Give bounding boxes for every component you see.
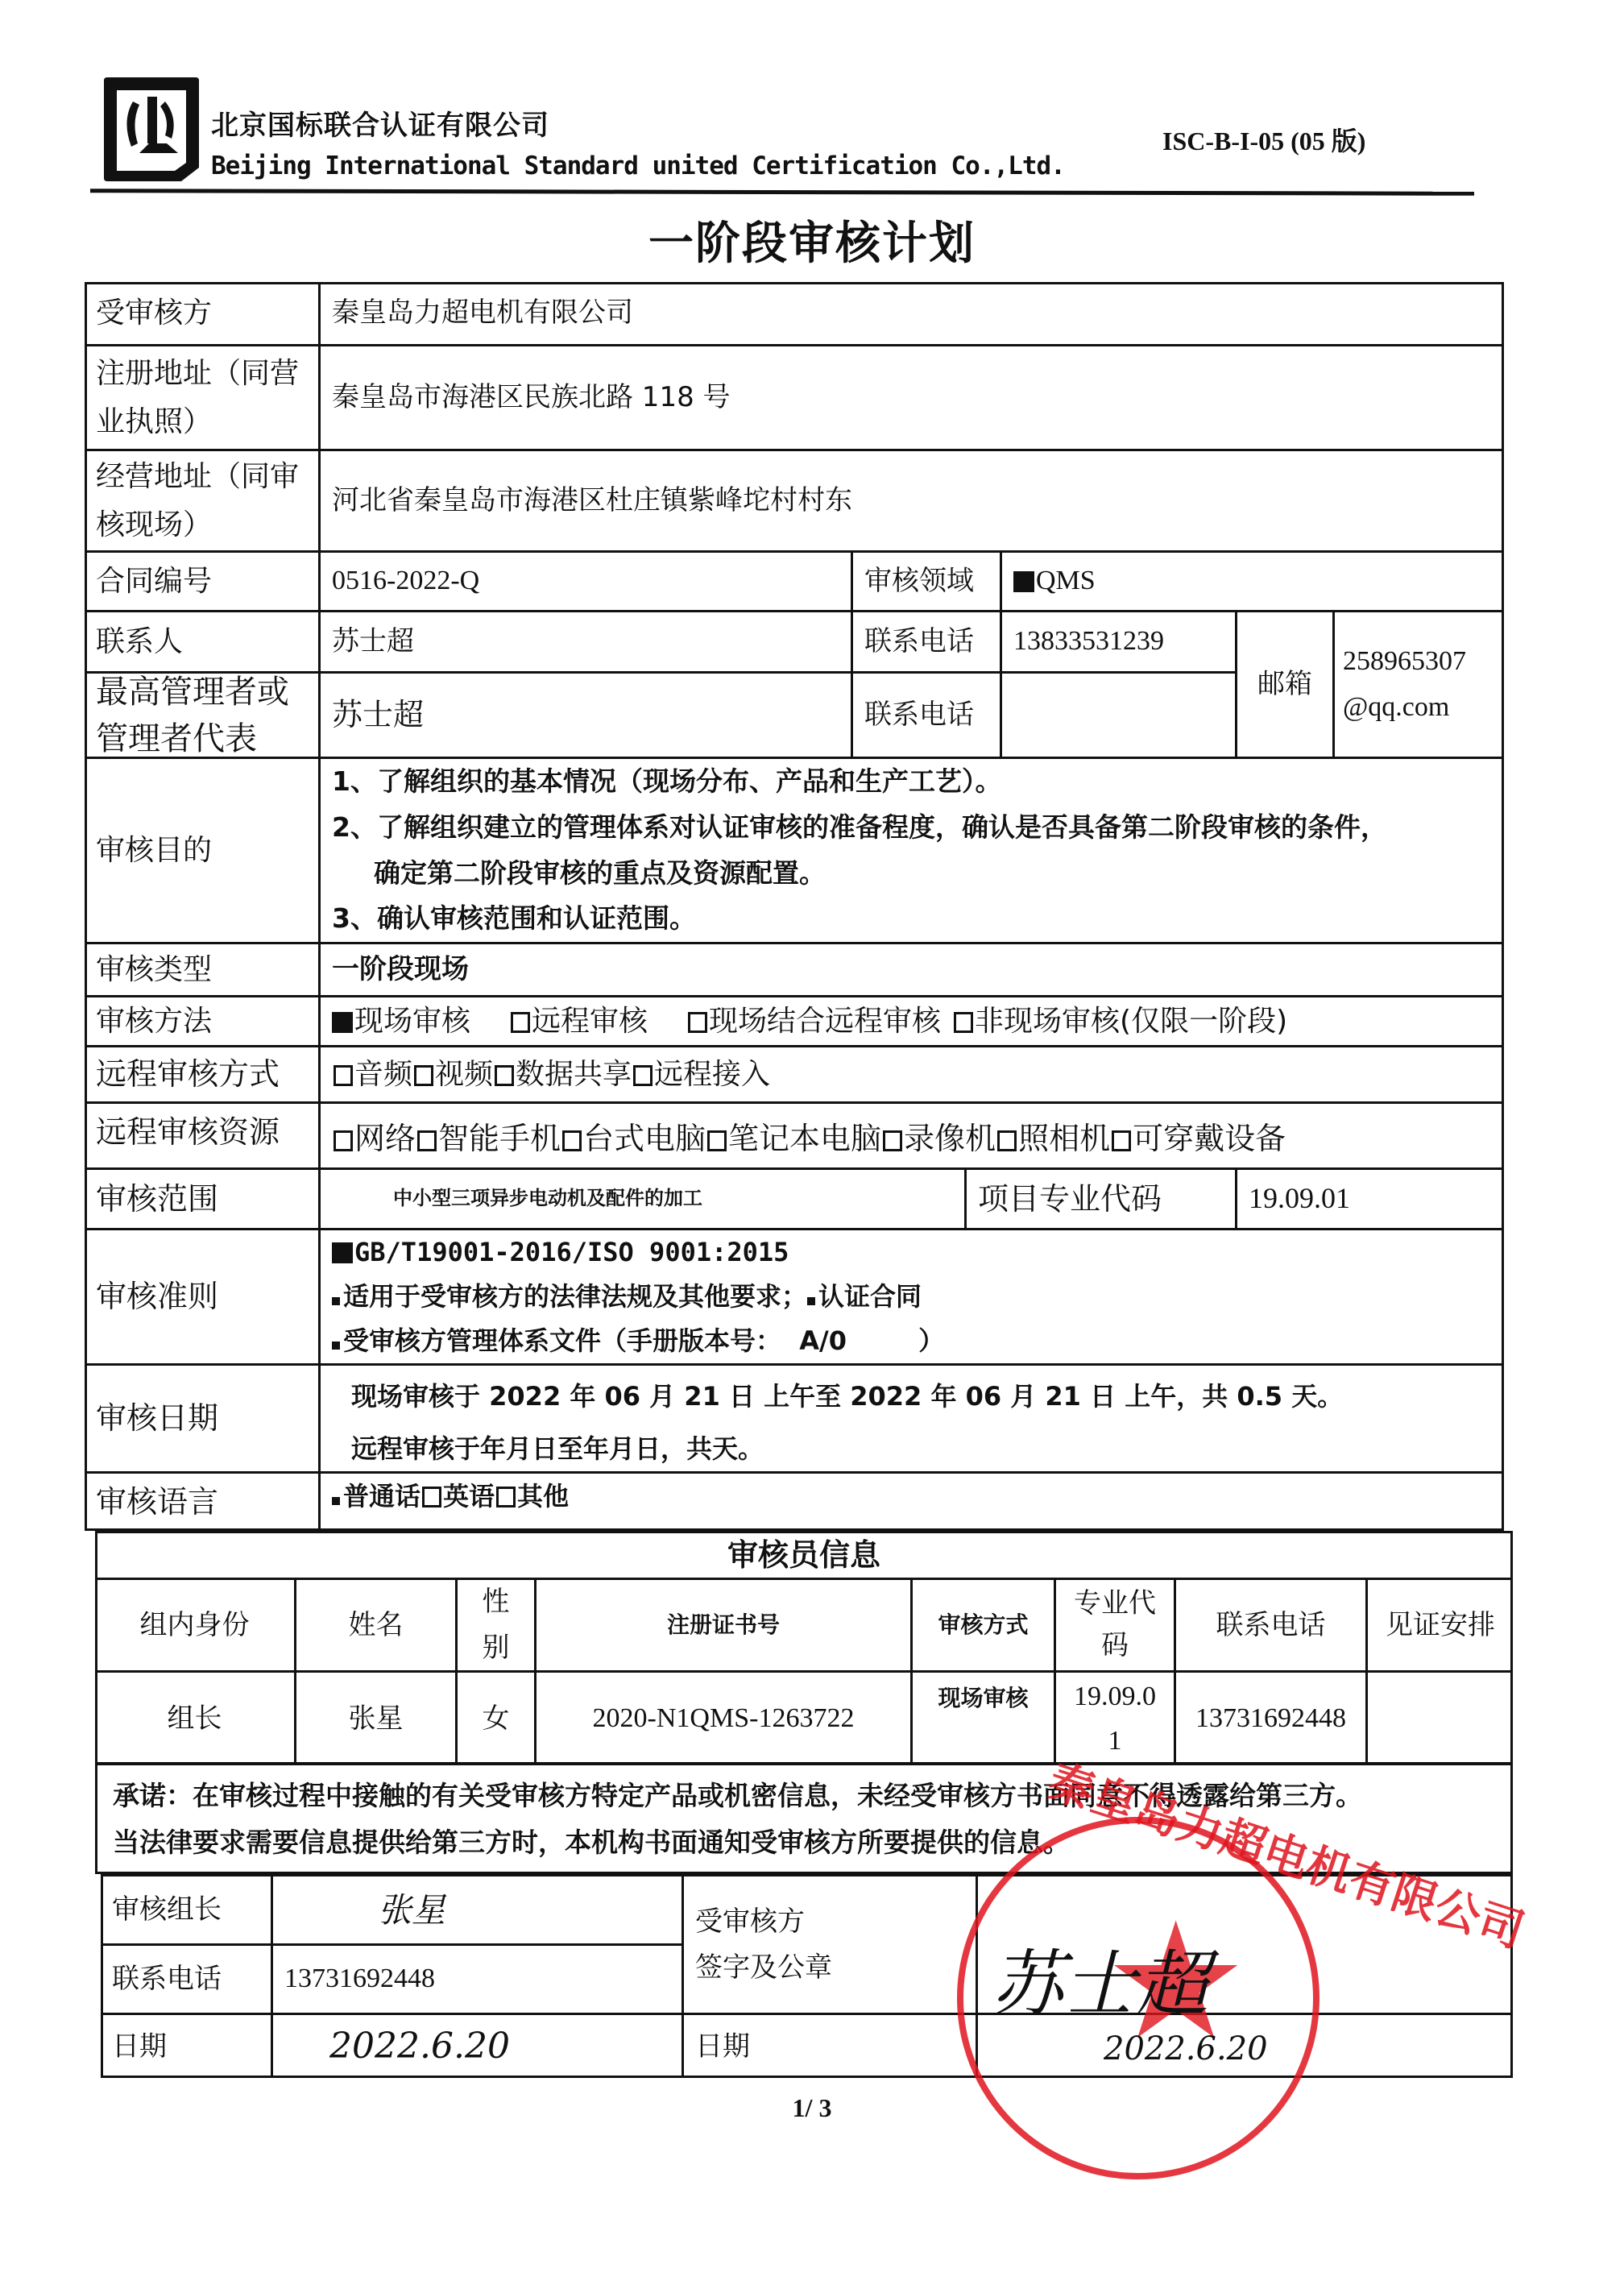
auditor-header-role: 组内身份 — [95, 1578, 294, 1670]
criteria-laws: 适用于受审核方的法律法规及其他要求；认证合同 — [332, 1276, 944, 1317]
checkbox-empty-icon — [414, 1065, 433, 1086]
auditor-phone: 13731692448 — [1174, 1670, 1365, 1765]
auditor-header-cert: 注册证书号 — [534, 1578, 910, 1670]
criteria-documents: 受审核方管理体系文件（手册版本号： A/0 ） — [332, 1321, 944, 1362]
language-other[interactable]: 其他 — [495, 1477, 569, 1517]
field-label: 审核领域 — [851, 550, 1000, 610]
op-address-label: 经营地址（同审核现场） — [85, 449, 318, 550]
remote-resource-label: 远程审核资源 — [85, 1101, 318, 1167]
checkbox-empty-icon — [883, 1130, 902, 1151]
auditor-gender: 女 — [455, 1670, 534, 1765]
checkbox-empty-icon — [997, 1130, 1017, 1151]
manager-phone-label: 联系电话 — [851, 671, 1000, 757]
remote-resource-options: 网络智能手机台式电脑笔记本电脑录像机照相机可穿戴设备 — [318, 1101, 1504, 1167]
reg-address-label: 注册地址（同营业执照） — [85, 344, 318, 449]
auditee-date-value: 2022.6.20 — [1104, 2030, 1268, 2067]
contact-value: 苏士超 — [318, 610, 851, 671]
remote-mode-label: 远程审核方式 — [85, 1045, 318, 1101]
phone-value: 13833531239 — [1000, 610, 1235, 671]
audit-method-label: 审核方法 — [85, 995, 318, 1045]
auditor-section-title: 审核员信息 — [95, 1531, 1513, 1578]
dates-content: 现场审核于 2022 年 06 月 21 日 上午至 2022 年 06 月 2… — [318, 1363, 1504, 1471]
auditor-cert: 2020-N1QMS-1263722 — [534, 1670, 910, 1765]
remote-mode-data-sharing[interactable]: 数据共享 — [493, 1052, 632, 1097]
remote-mode-remote-access[interactable]: 远程接入 — [632, 1052, 770, 1097]
leader-date-value: 2022.6.20 — [271, 2013, 681, 2078]
scope-code-value: 19.09.01 — [1235, 1167, 1504, 1228]
criteria-label: 审核准则 — [85, 1228, 318, 1363]
checkbox-empty-icon — [688, 1012, 707, 1033]
auditee-label: 受审核方 — [85, 282, 318, 344]
phone-label: 联系电话 — [851, 610, 1000, 671]
purpose-label: 审核目的 — [85, 757, 318, 942]
auditor-name: 张星 — [294, 1670, 455, 1765]
reg-address-value: 秦皇岛市海港区民族北路 118 号 — [318, 344, 1504, 449]
manager-value: 苏士超 — [318, 671, 851, 757]
company-name-en: Beijing International Standard united Ce… — [211, 151, 1065, 180]
email-value: 258965307@qq.com — [1332, 610, 1504, 757]
purpose-list: 1、了解组织的基本情况（现场分布、产品和生产工艺）。 2、了解组织建立的管理体系… — [318, 757, 1504, 942]
purpose-item: 确定第二阶段审核的重点及资源配置。 — [332, 852, 1387, 895]
leader-label: 审核组长 — [101, 1874, 271, 1943]
document-code: ISC-B-I-05 (05 版) — [1162, 121, 1365, 158]
auditor-header-witness: 见证安排 — [1365, 1578, 1513, 1670]
auditor-header-gender: 性别 — [455, 1578, 534, 1670]
resource-camera[interactable]: 照相机 — [996, 1115, 1110, 1163]
bullet-checked-icon — [332, 1342, 340, 1350]
checkbox-empty-icon — [333, 1065, 353, 1086]
auditee-signature: 苏士超 — [991, 1926, 1208, 2030]
checkbox-empty-icon — [422, 1487, 441, 1507]
manager-label: 最高管理者或管理者代表 — [85, 671, 318, 757]
resource-laptop[interactable]: 笔记本电脑 — [706, 1115, 881, 1163]
checkbox-checked-icon — [332, 1242, 353, 1263]
language-options: 普通话英语其他 — [318, 1471, 1504, 1531]
auditee-value: 秦皇岛力超电机有限公司 — [318, 282, 1504, 344]
phone-label: 联系电话 — [101, 1943, 271, 2013]
auditor-header-method: 审核方式 — [910, 1578, 1054, 1670]
header-divider — [90, 189, 1474, 196]
auditor-header-name: 姓名 — [294, 1578, 455, 1670]
scope-label: 审核范围 — [85, 1167, 318, 1228]
method-option-onsite[interactable]: 现场审核 — [332, 999, 470, 1044]
checkbox-empty-icon — [511, 1012, 530, 1033]
op-address-value: 河北省秦皇岛市海港区杜庄镇紫峰坨村村东 — [318, 449, 1504, 550]
purpose-item: 3、确认审核范围和认证范围。 — [332, 898, 1387, 940]
remote-mode-options: 音频视频数据共享远程接入 — [318, 1045, 1504, 1101]
auditee-date-label: 日期 — [681, 2013, 976, 2078]
leader-phone: 13731692448 — [271, 1943, 681, 2013]
company-name-cn: 北京国标联合认证有限公司 — [211, 103, 549, 143]
leader-signature: 张星 — [271, 1874, 681, 1943]
method-option-remote[interactable]: 远程审核 — [509, 999, 648, 1044]
resource-desktop[interactable]: 台式电脑 — [561, 1115, 706, 1163]
bullet-checked-icon — [332, 1297, 340, 1305]
checkbox-checked-icon[interactable] — [1013, 571, 1034, 592]
method-option-offsite[interactable]: 非现场审核(仅限一阶段) — [952, 999, 1287, 1044]
purpose-item: 2、了解组织建立的管理体系对认证审核的准备程度，确认是否具备第二阶段审核的条件， — [332, 807, 1387, 849]
scope-code-label: 项目专业代码 — [964, 1167, 1235, 1228]
checkbox-empty-icon — [707, 1130, 727, 1151]
resource-smartphone[interactable]: 智能手机 — [416, 1115, 561, 1163]
isc-logo-icon — [101, 73, 204, 181]
remote-mode-video[interactable]: 视频 — [412, 1052, 493, 1097]
audit-method-options: 现场审核 远程审核 现场结合远程审核 非现场审核(仅限一阶段) — [318, 995, 1504, 1045]
auditor-method: 现场审核 — [910, 1670, 1054, 1765]
manager-phone-value — [1000, 671, 1235, 757]
language-label: 审核语言 — [85, 1471, 318, 1531]
contract-value: 0516-2022-Q — [318, 550, 851, 610]
purpose-item: 1、了解组织的基本情况（现场分布、产品和生产工艺）。 — [332, 761, 1387, 803]
audit-type-label: 审核类型 — [85, 942, 318, 995]
scope-value: 中小型三项异步电动机及配件的加工 — [318, 1167, 964, 1228]
language-english[interactable]: 英语 — [420, 1477, 495, 1517]
method-option-combined[interactable]: 现场结合远程审核 — [686, 999, 941, 1044]
checkbox-empty-icon — [633, 1065, 652, 1086]
remote-date: 远程审核于年月日至年月日，共天。 — [351, 1424, 1343, 1474]
checkbox-empty-icon — [333, 1130, 353, 1151]
onsite-date: 现场审核于 2022 年 06 月 21 日 上午至 2022 年 06 月 2… — [351, 1372, 1343, 1421]
auditor-role: 组长 — [95, 1670, 294, 1765]
resource-video-recorder[interactable]: 录像机 — [881, 1115, 996, 1163]
auditor-header-phone: 联系电话 — [1174, 1578, 1365, 1670]
auditor-witness — [1365, 1670, 1513, 1765]
auditor-header-code: 专业代码 — [1054, 1578, 1174, 1670]
checkbox-empty-icon — [562, 1130, 582, 1151]
checkbox-empty-icon — [1112, 1130, 1131, 1151]
checkbox-empty-icon — [495, 1065, 514, 1086]
remote-mode-audio[interactable]: 音频 — [332, 1052, 412, 1097]
auditee-sign-label: 受审核方签字及公章 — [681, 1874, 976, 2013]
bullet-checked-icon — [332, 1497, 340, 1505]
bullet-checked-icon — [807, 1297, 815, 1305]
resource-wearable[interactable]: 可穿戴设备 — [1110, 1115, 1286, 1163]
criteria-standard: GB/T19001-2016/ISO 9001:2015 — [332, 1232, 944, 1273]
dates-label: 审核日期 — [85, 1363, 318, 1471]
resource-network[interactable]: 网络 — [332, 1115, 416, 1163]
page-number: 1/ 3 — [0, 2093, 1624, 2123]
criteria-content: GB/T19001-2016/ISO 9001:2015 适用于受审核方的法律法… — [318, 1228, 1504, 1363]
language-mandarin[interactable]: 普通话 — [332, 1477, 420, 1517]
checkbox-empty-icon — [496, 1487, 516, 1507]
checkbox-empty-icon — [417, 1130, 437, 1151]
page-title: 一阶段审核计划 — [103, 208, 1521, 272]
audit-type-value: 一阶段现场 — [318, 942, 1504, 995]
checkbox-checked-icon — [332, 1012, 353, 1033]
checkbox-empty-icon — [954, 1012, 973, 1033]
field-value: QMS — [1000, 550, 1504, 610]
email-label: 邮箱 — [1235, 610, 1332, 757]
contract-label: 合同编号 — [85, 550, 318, 610]
leader-date-label: 日期 — [101, 2013, 271, 2078]
contact-label: 联系人 — [85, 610, 318, 671]
